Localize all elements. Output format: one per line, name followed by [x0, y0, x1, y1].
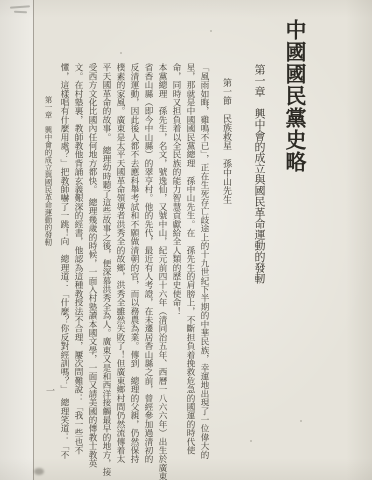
- body-column-4: 本黨總理 孫先生，名文，號逸仙，又號中山，紀元前四十六年（清同治五年、西曆一八六…: [156, 63, 169, 477]
- margin-running-title: 第一章 興中會的成立與國民革命運動的發軔: [43, 96, 53, 246]
- page-number: 一: [44, 386, 55, 395]
- book-title: 中國國民黨史略: [281, 19, 308, 173]
- body-column-8: 平天國革命的故事。 總理幼時聽了這些故事之後，便深慕洪秀全為人。廣東又是和西洋接…: [100, 63, 113, 477]
- scan-speck: [210, 30, 212, 32]
- body-column-7: 樸素的家風。廣東是太平天國革命領導者洪秀全的故鄉，洪秀全雖然失敗了！但廣東鄉村間…: [114, 63, 127, 477]
- body-column-10: 文。在村塾裏，教師教他背誦玄義艱深的經書，他認為這種教授法不合理，屢次問難說：「…: [72, 63, 85, 477]
- pencil-mark: [14, 11, 27, 13]
- binding-edge-line: [33, 0, 34, 480]
- chapter-heading: 第一章 興中會的成立與國民革命運動的發軔: [251, 64, 266, 284]
- pencil-mark: [10, 5, 30, 8]
- body-column-6: 反清運動，因此後人都不去應科舉考試和不願做清朝的官，而以務農為業。傳到 總理的父…: [128, 63, 141, 477]
- body-column-2: 星，那就是中國國民黨總理 孫中山先生。在 孫先生的肩膀上，不斷担負着挽救危急的國…: [184, 63, 197, 477]
- body-column-3: 命，同時又担負着以全民族的能力智慧貢獻給全人類的歷史使命！: [170, 63, 183, 477]
- body-column-1: 「風雨如晦，雞鳴不已」，正在生死存亡歧途上的十九世紀下半期的中華民族，幸運地出現…: [198, 63, 211, 477]
- scan-speck: [120, 52, 122, 54]
- ink-smudge: [34, 468, 44, 475]
- body-column-11: 懂，這樣唱有什麼用處？」把教師嚇了一跳！向 總理道：「什麼？你反對經訓嗎？」 總…: [58, 63, 71, 477]
- scan-speck: [300, 420, 302, 422]
- scanned-book-page: 中國國民黨史略 第一章 興中會的成立與國民革命運動的發軔 第一節 民族救星 孫中…: [0, 0, 372, 480]
- body-column-5: 省香山縣（即今中山縣）的翠亨村。他的先代，最近有人考證，在未遷居香山縣之前，曾經…: [142, 63, 155, 477]
- scan-speck: [250, 440, 252, 442]
- body-column-9: 受西方文化比國內任何地方都快。 總理幾歲的時候，一面入村塾讀本國文學，一面又請美…: [86, 63, 99, 477]
- section-heading: 第一節 民族救星 孫中山先生: [220, 78, 233, 204]
